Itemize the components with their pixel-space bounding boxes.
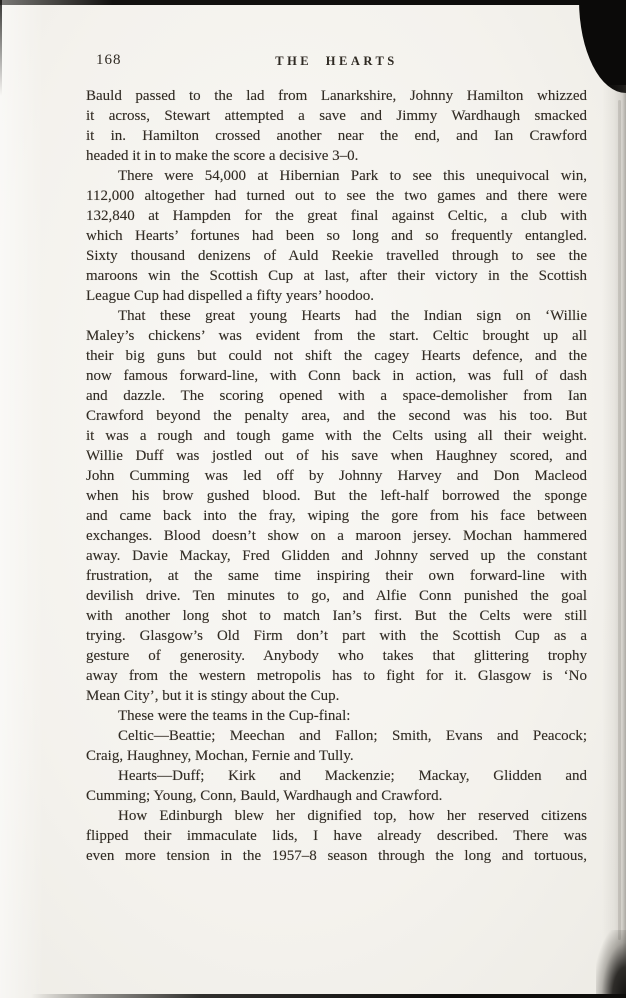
text-line: How Edinburgh blew her dignified top, ho…: [86, 806, 587, 826]
text-line: gesture of generosity. Anybody who takes…: [86, 646, 587, 666]
text-line: exchanges. Blood doesn’t show on a maroo…: [86, 526, 587, 546]
text-line: frustration, at the same time inspiring …: [86, 566, 587, 586]
text-line: John Cumming was led off by Johnny Harve…: [86, 466, 587, 486]
book-page-scan: 168 THE HEARTS Bauld passed to the lad f…: [0, 0, 626, 998]
running-title: THE HEARTS: [86, 54, 587, 69]
text-line: trying. Glasgow’s Old Firm don’t part wi…: [86, 626, 587, 646]
text-line: flipped their immaculate lids, I have al…: [86, 826, 587, 846]
text-line: Willie Duff was jostled out of his save …: [86, 446, 587, 466]
text-line: These were the teams in the Cup-final:: [86, 706, 587, 726]
paragraph: Bauld passed to the lad from Lanarkshire…: [86, 86, 587, 166]
text-line: That these great young Hearts had the In…: [86, 306, 587, 326]
text-line: Craig, Haughney, Mochan, Fernie and Tull…: [86, 746, 587, 766]
text-line: 132,840 at Hampden for the great final a…: [86, 206, 587, 226]
text-line: it was a rough and tough game with the C…: [86, 426, 587, 446]
paragraph: Hearts—Duff; Kirk and Mackenzie; Mackay,…: [86, 766, 587, 806]
text-line: 112,000 altogether had turned out to see…: [86, 186, 587, 206]
page-left-edge: [0, 0, 2, 96]
page-right-edge-line: [618, 100, 621, 940]
paragraph: How Edinburgh blew her dignified top, ho…: [86, 806, 587, 866]
text-line: maroons win the Scottish Cup at last, af…: [86, 266, 587, 286]
page-top-edge: [0, 0, 626, 5]
text-line: devilish drive. Ten minutes to go, and A…: [86, 586, 587, 606]
text-line: There were 54,000 at Hibernian Park to s…: [86, 166, 587, 186]
text-line: headed it in to make the score a decisiv…: [86, 146, 587, 166]
paragraph: There were 54,000 at Hibernian Park to s…: [86, 166, 587, 306]
page-header: 168 THE HEARTS: [86, 52, 587, 70]
text-line: away from the western metropolis has to …: [86, 666, 587, 686]
text-line: Maley’s chickens’ was evident from the s…: [86, 326, 587, 346]
page-curl-bottom-right: [596, 930, 626, 998]
text-line: and came back into the fray, wiping the …: [86, 506, 587, 526]
page-bottom-edge: [0, 994, 626, 998]
text-line: now famous forward-line, with Conn back …: [86, 366, 587, 386]
text-line: which Hearts’ fortunes had been so long …: [86, 226, 587, 246]
text-line: Hearts—Duff; Kirk and Mackenzie; Mackay,…: [86, 766, 587, 786]
text-line: and dazzle. The scoring opened with a sp…: [86, 386, 587, 406]
text-line: even more tension in the 1957–8 season t…: [86, 846, 587, 866]
text-line: Bauld passed to the lad from Lanarkshire…: [86, 86, 587, 106]
text-line: League Cup had dispelled a fifty years’ …: [86, 286, 587, 306]
text-line: Celtic—Beattie; Meechan and Fallon; Smit…: [86, 726, 587, 746]
text-line: when his brow gushed blood. But the left…: [86, 486, 587, 506]
text-line: Cumming; Young, Conn, Bauld, Wardhaugh a…: [86, 786, 587, 806]
text-line: away. Davie Mackay, Fred Glidden and Joh…: [86, 546, 587, 566]
page-right-edge-shadow: [602, 85, 626, 998]
text-line: it in. Hamilton crossed another near the…: [86, 126, 587, 146]
body-text: Bauld passed to the lad from Lanarkshire…: [86, 86, 587, 866]
page-curl-top-right: [579, 0, 626, 93]
paragraph: These were the teams in the Cup-final:: [86, 706, 587, 726]
text-line: Sixty thousand denizens of Auld Reekie t…: [86, 246, 587, 266]
text-line: their big guns but could not shift the c…: [86, 346, 587, 366]
text-line: Crawford beyond the penalty area, and th…: [86, 406, 587, 426]
text-line: with another long shot to match Ian’s fi…: [86, 606, 587, 626]
paragraph: Celtic—Beattie; Meechan and Fallon; Smit…: [86, 726, 587, 766]
text-line: it across, Stewart attempted a save and …: [86, 106, 587, 126]
paragraph: That these great young Hearts had the In…: [86, 306, 587, 706]
text-line: Mean City’, but it is stingy about the C…: [86, 686, 587, 706]
